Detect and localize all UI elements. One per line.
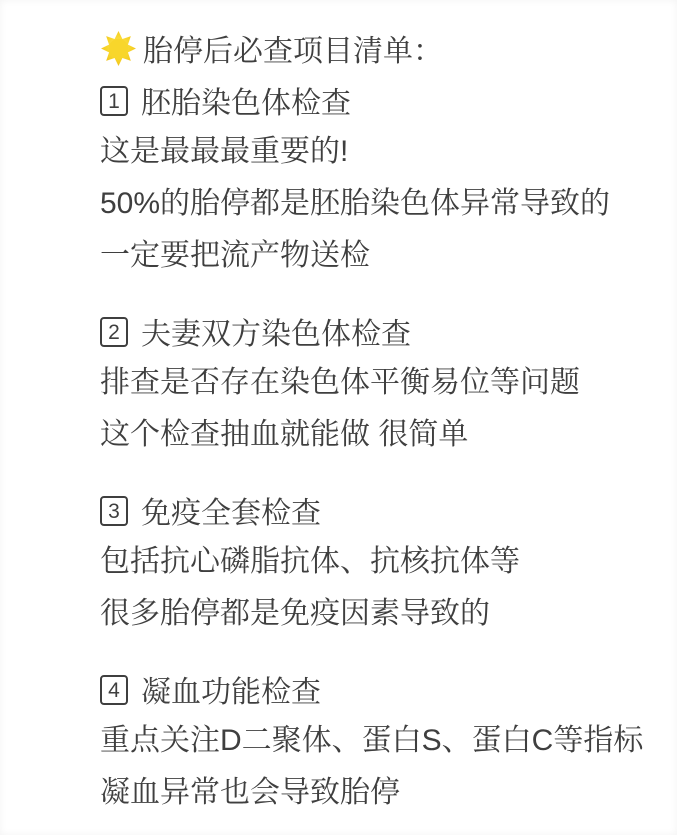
- checklist-section-4: 4 凝血功能检查 重点关注D二聚体、蛋白S、蛋白C等指标 凝血异常也会导致胎停: [100, 663, 637, 819]
- section-text-line: 排查是否存在染色体平衡易位等问题: [100, 357, 637, 409]
- page-title: 胎停后必查项目清单：: [100, 22, 637, 74]
- section-heading-line: 3 免疫全套检查: [100, 484, 637, 536]
- checklist-section-2: 2 夫妻双方染色体检查 排查是否存在染色体平衡易位等问题 这个检查抽血就能做 很…: [100, 305, 637, 461]
- section-heading: 凝血功能检查: [141, 667, 321, 711]
- item-number-badge: 1: [100, 86, 128, 116]
- item-number-badge: 3: [100, 496, 128, 526]
- section-heading-line: 2 夫妻双方染色体检查: [100, 305, 637, 357]
- section-heading-line: 4 凝血功能检查: [100, 663, 637, 715]
- section-text-line: 一定要把流产物送检: [100, 230, 637, 282]
- section-text-line: 这是最最最重要的!: [100, 126, 637, 178]
- item-number-badge: 2: [100, 317, 128, 347]
- page-title-text: 胎停后必查项目清单：: [143, 26, 443, 70]
- section-heading: 免疫全套检查: [141, 488, 321, 532]
- section-text-line: 包括抗心磷脂抗体、抗核抗体等: [100, 536, 637, 588]
- section-text-line: 50%的胎停都是胚胎染色体异常导致的: [100, 178, 637, 230]
- section-heading: 夫妻双方染色体检查: [141, 309, 411, 353]
- checklist-section-3: 3 免疫全套检查 包括抗心磷脂抗体、抗核抗体等 很多胎停都是免疫因素导致的: [100, 484, 637, 640]
- note-page: 胎停后必查项目清单： 1 胚胎染色体检查 这是最最最重要的! 50%的胎停都是胚…: [0, 0, 677, 835]
- sun-icon: [100, 30, 137, 67]
- section-heading-line: 1 胚胎染色体检查: [100, 74, 637, 126]
- section-text-line: 这个检查抽血就能做 很简单: [100, 409, 637, 461]
- item-number-badge: 4: [100, 675, 128, 705]
- section-text-line: 重点关注D二聚体、蛋白S、蛋白C等指标: [100, 715, 637, 767]
- section-text-line: 很多胎停都是免疫因素导致的: [100, 588, 637, 640]
- section-text-line: 凝血异常也会导致胎停: [100, 767, 637, 819]
- section-heading: 胚胎染色体检查: [141, 78, 351, 122]
- checklist-section-1: 1 胚胎染色体检查 这是最最最重要的! 50%的胎停都是胚胎染色体异常导致的 一…: [100, 74, 637, 282]
